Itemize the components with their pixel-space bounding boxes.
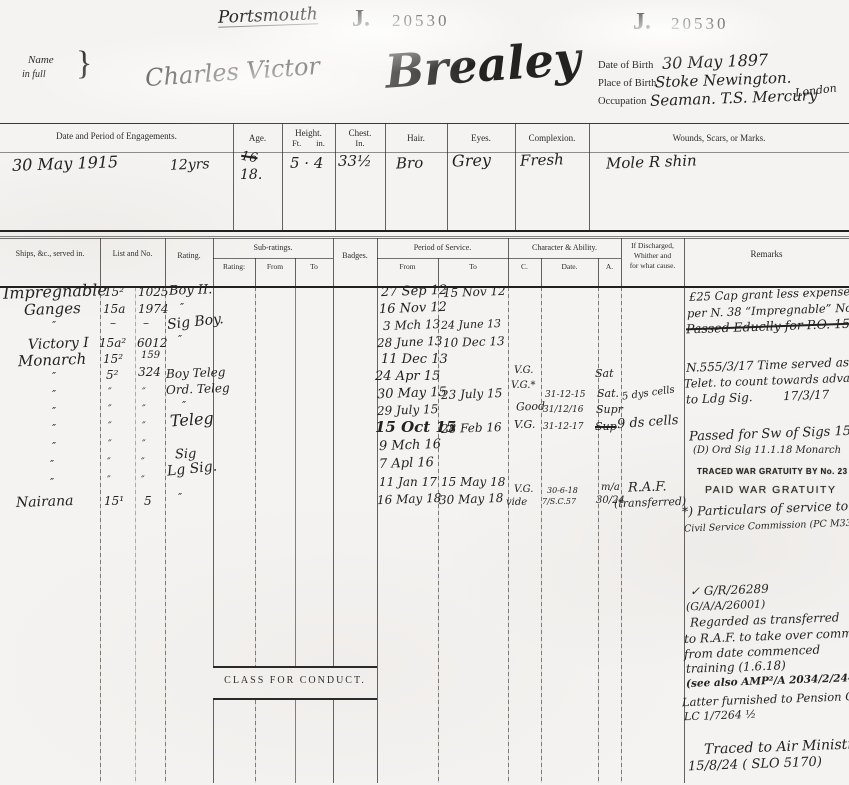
remark-line: Civil Service Commission (PC M333/19/19) [684, 517, 849, 534]
cell-from: 9 Mch 16 [379, 438, 441, 453]
cell-character-date: 31/12/16 [543, 406, 583, 415]
official-number-prefix-stamp-2: J. [633, 9, 651, 36]
cell-no-ditto: ″ [142, 405, 146, 415]
cell-list-ditto: ″ [108, 405, 112, 415]
official-number-stamp-2: 20530 [671, 14, 729, 34]
col-header-list-no: List and No. [100, 249, 165, 258]
cell-ship-ditto: ″ [50, 477, 54, 488]
cell-rating: Boy II. [169, 283, 213, 298]
divider [255, 287, 256, 783]
cell-ship: Nairana [16, 494, 74, 510]
col-header-to: To [438, 263, 508, 272]
col-header-character: Character & Ability. [508, 243, 621, 252]
cell-rating: Sig [175, 448, 197, 462]
cell-character-c: V.G. [514, 366, 533, 376]
paid-war-gratuity-stamp: PAID WAR GRATUITY [705, 484, 836, 496]
col-header-from: From [377, 263, 438, 272]
cell-no: 1974 [138, 303, 169, 315]
cell-from: 24 Apr 15 [375, 370, 440, 383]
cell-list: 5² [106, 369, 118, 381]
dob-value: 30 May 1897 [662, 52, 769, 72]
cell-list-ditto: ″ [108, 388, 112, 398]
cell-no: 324 [138, 366, 161, 378]
cell-character-a: Sat [595, 368, 614, 379]
cell-rating: Sig Boy. [166, 312, 224, 332]
cell-to: 24 June 13 [441, 318, 501, 331]
remark-line: to R.A.F. to take over comm. [684, 627, 849, 645]
cell-to: 15 May 18 [441, 476, 505, 488]
col-header-badges: Badges. [333, 251, 377, 260]
name-brace: } [76, 44, 92, 83]
cell-list-ditto: ″ [107, 476, 111, 486]
col-header-eyes: Eyes. [447, 133, 515, 143]
divider [100, 287, 101, 783]
col-header-subratings: Sub-ratings. [213, 243, 333, 252]
col-header-discharged-2: Whither and [621, 252, 684, 261]
cell-ship-ditto: ″ [52, 406, 56, 417]
remark-line: LC 1/7264 ½ [684, 709, 756, 723]
col-header-a: A. [598, 263, 621, 272]
age-value: 18. [240, 168, 262, 182]
hair-value: Bro [396, 156, 424, 172]
divider [0, 230, 849, 232]
col-header-complexion: Complexion. [515, 133, 589, 143]
divider [0, 238, 849, 239]
pob-label: Place of Birth [598, 78, 656, 90]
cell-ship-ditto: ″ [52, 371, 56, 382]
cell-discharged: 9 ds cells [617, 414, 679, 431]
col-header-engagements: Date and Period of Engagements. [0, 131, 233, 141]
cell-no: 159 [141, 351, 160, 361]
divider [333, 287, 334, 783]
cell-rating: Lg Sig. [166, 459, 217, 478]
col-header-discharged-3: for what cause. [621, 262, 684, 271]
cell-ship-ditto: ″ [50, 459, 54, 470]
col-header-chest-units: In. [335, 139, 385, 149]
cell-character-a: m/a [601, 483, 620, 493]
cell-discharged: (transferred) [614, 496, 687, 510]
name-label-line2: in full [22, 69, 46, 81]
cell-ship-ditto: ″ [52, 441, 56, 452]
cell-character-c: V.G.* [511, 381, 535, 391]
engagement-period: 12yrs [170, 157, 210, 172]
cell-to: 28 Feb 16 [441, 421, 502, 435]
remark-line: Traced to Air Ministry [704, 737, 849, 757]
cell-to: 15 Nov 12 [443, 285, 506, 299]
col-header-c: C. [508, 263, 541, 272]
remark-line: Latter furnished to Pension Off. [682, 691, 849, 709]
cell-list: 15a [103, 303, 125, 315]
height-value: 5 · 4 [290, 156, 323, 171]
divider [377, 287, 378, 783]
complexion-value: Fresh [520, 152, 564, 169]
col-header-rating: Rating. [165, 251, 213, 260]
cell-character-date: 31-12-17 [543, 423, 583, 432]
col-header-chest: Chest. [335, 128, 385, 138]
divider [377, 258, 508, 259]
cell-to: 23 July 15 [441, 387, 503, 401]
cell-character-a: Supr [596, 404, 623, 415]
cell-no-ditto: ″ [141, 458, 145, 468]
divider [684, 238, 685, 286]
divider [213, 287, 214, 783]
cell-character-date: 30-6-18 [547, 487, 578, 495]
chest-value: 33½ [338, 154, 372, 169]
cell-list-ditto: ″ [107, 458, 111, 468]
cell-discharged: 5 dys cells [622, 385, 676, 402]
engagement-date: 30 May 1915 [12, 154, 119, 174]
occupation-value: Seaman. T.S. Mercury [650, 88, 818, 109]
cell-no-ditto: ″ [142, 422, 146, 432]
dob-label: Date of Birth [598, 60, 653, 72]
remark-line: ✓ G/R/26289 [690, 583, 769, 598]
remark-line: to Ldg Sig. 17/3/17 [686, 389, 830, 406]
cell-character-a: Sat. [597, 388, 619, 399]
divider [0, 123, 849, 124]
cell-list: 15a² [99, 337, 126, 349]
cell-to: 30 May 18 [439, 492, 504, 506]
cell-ship: Impregnable [3, 282, 107, 302]
cell-no-ditto: ″ [142, 440, 146, 450]
col-header-discharged-1: If Discharged, [621, 242, 684, 251]
cell-no: 6012 [137, 337, 168, 349]
cell-from: 16 Nov 12 [379, 301, 447, 316]
remark-line: 15/8/24 ( SLO 5170) [688, 756, 822, 774]
cell-character-c: V.G. [514, 485, 533, 495]
col-header-age: Age. [233, 133, 282, 143]
remark-line: Passed for Sw of Sigs 15.6.17. [689, 424, 849, 444]
divider [0, 152, 849, 153]
col-header-sub-to: To [295, 263, 333, 272]
cell-rating: Boy Teleg [166, 366, 226, 380]
age-struck: 16 [240, 150, 258, 165]
col-header-height-units: Ft. in. [282, 139, 335, 149]
cell-from: 3 Mch 13 [383, 318, 441, 332]
cell-from: 11 Dec 13 [381, 353, 448, 366]
cell-rating-ditto: ″ [178, 334, 182, 345]
divider [598, 287, 599, 783]
remark-line: *) Particulars of service to [682, 500, 848, 518]
remark-line: training (1.6.18) [686, 659, 786, 674]
col-header-sub-rating: Rating: [213, 263, 255, 272]
cell-character-c: V.G. [514, 419, 535, 430]
remark-line: (D) Ord Sig 11.1.18 Monarch [693, 446, 841, 456]
divider [295, 287, 296, 783]
cell-ship-ditto: ″ [52, 389, 56, 400]
divider [508, 287, 509, 783]
cell-from: 11 Jan 17 [379, 476, 437, 488]
official-number-prefix-stamp: J. [352, 6, 370, 33]
cell-list-ditto: ″ [108, 440, 112, 450]
col-header-remarks: Remarks [684, 249, 849, 259]
cell-discharged: R.A.F. [628, 480, 667, 494]
cell-from: 28 June 13 [377, 335, 443, 349]
remark-line: Regarded as transferred [690, 611, 840, 628]
col-header-period: Period of Service. [377, 243, 508, 252]
cell-rating-ditto: ″ [180, 302, 184, 313]
col-header-date: Date. [541, 263, 598, 272]
divider [0, 236, 849, 237]
cell-rating-ditto: ″ [178, 492, 182, 503]
cell-character-c: vide [506, 498, 527, 508]
wounds-value: Mole R shin [606, 153, 697, 171]
first-names-handwritten: Charles Victor [144, 54, 320, 90]
col-header-sub-from: From [255, 263, 295, 272]
divider [621, 287, 622, 783]
name-label: Name [28, 54, 54, 67]
class-for-conduct-band: CLASS FOR CONDUCT. [213, 666, 377, 700]
divider [165, 238, 166, 286]
divider [165, 287, 166, 783]
cell-rating: Ord. Teleg [166, 382, 230, 396]
remark-line: from date commenced [684, 644, 821, 661]
divider [541, 287, 542, 783]
cell-no-ditto: ″ [141, 476, 145, 486]
cell-no-ditto: ″ [142, 388, 146, 398]
cell-no: 5 [144, 495, 152, 507]
occupation-label: Occupation [598, 96, 646, 108]
cell-character-c: Good [516, 400, 545, 412]
cell-ship-ditto: ″ [52, 423, 56, 434]
cell-ship: Monarch [18, 352, 87, 369]
remark-line: (see also AMP²/A 2034/2/244) [686, 673, 849, 690]
cell-character-a: Sup [595, 421, 617, 432]
cell-from: 29 July 15 [377, 403, 439, 417]
divider [333, 238, 334, 286]
cell-ship: Ganges [24, 301, 81, 318]
cell-rating: Teleg [169, 410, 214, 429]
cell-list: – [110, 317, 116, 329]
surname-handwritten: Brealey [384, 35, 582, 95]
cell-from: 27 Sep 12 [381, 284, 448, 299]
cell-no: 1025 [138, 286, 169, 298]
cell-from: 30 May 15 [377, 386, 447, 401]
col-header-height: Height. [282, 128, 335, 138]
divider [100, 238, 101, 286]
remark-line: (G/A/A/26001) [686, 599, 766, 613]
divider [135, 287, 136, 783]
eyes-value: Grey [452, 152, 491, 169]
col-header-wounds: Wounds, Scars, or Marks. [589, 133, 849, 143]
cell-list: 15¹ [104, 495, 124, 507]
cell-list: 15² [104, 286, 124, 298]
port-division-script: Portsmouth [218, 6, 318, 27]
cell-to: 10 Dec 13 [443, 335, 505, 349]
naval-service-record-page: Portsmouth J. 20530 J. 20530 Name in ful… [0, 0, 849, 785]
cell-ship-ditto: ″ [52, 320, 56, 331]
cell-from: 7 Apl 16 [379, 456, 434, 471]
class-for-conduct-label: CLASS FOR CONDUCT. [213, 675, 377, 686]
official-number-stamp: 20530 [392, 11, 450, 31]
cell-list: 15² [103, 353, 123, 365]
col-header-ships: Ships, &c., served in. [0, 249, 100, 258]
cell-rating-ditto: ″ [182, 400, 186, 411]
cell-no: – [143, 317, 149, 329]
cell-list-ditto: ″ [108, 422, 112, 432]
divider [508, 258, 621, 259]
cell-character-date: 31-12-15 [545, 391, 585, 400]
divider [213, 258, 333, 259]
cell-from: 16 May 18 [377, 492, 442, 506]
col-header-hair: Hair. [385, 133, 447, 143]
cell-character-date: 7/S.C.57 [542, 498, 576, 506]
traced-war-gratuity-stamp: TRACED WAR GRATUITY BY No. 23 [697, 467, 848, 476]
